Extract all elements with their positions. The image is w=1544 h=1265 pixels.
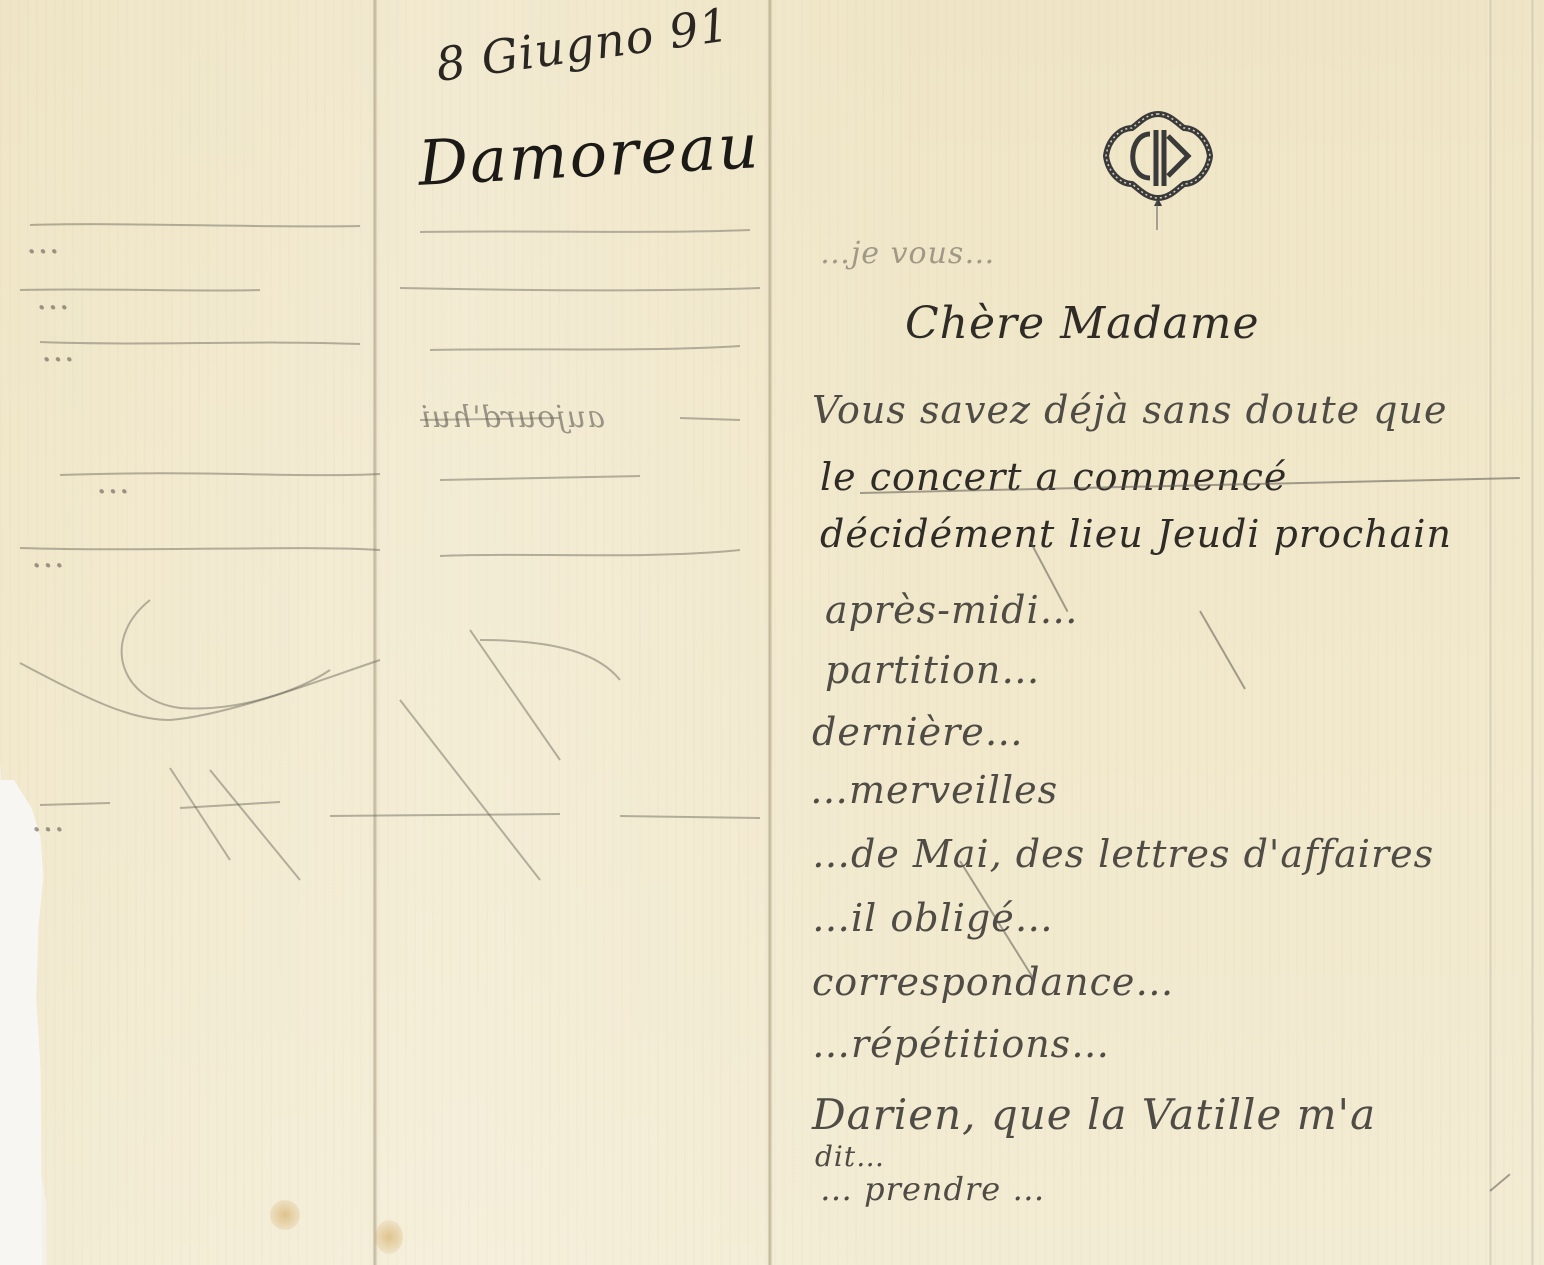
foxing-stain — [270, 1200, 300, 1230]
letter-line: …répétitions… — [812, 1022, 1110, 1066]
letter-line: décidément lieu Jeudi prochain — [820, 512, 1452, 556]
fold-line — [1530, 0, 1535, 1265]
letter-line: dernière… — [812, 710, 1024, 754]
salutation: Chère Madame — [905, 298, 1260, 349]
letter-line: …il obligé… — [812, 896, 1054, 940]
foxing-stain — [375, 1220, 403, 1254]
letter-line: Vous savez déjà sans doute que — [812, 388, 1447, 432]
monogram-stem — [1156, 200, 1158, 230]
fold-line — [767, 0, 773, 1265]
letter-line: après-midi… — [825, 588, 1079, 632]
fold-line — [372, 0, 378, 1265]
bleed-through-line: aujourd'hui — [420, 400, 605, 435]
letter-line: … prendre … — [820, 1170, 1045, 1208]
letter-line: partition… — [825, 648, 1040, 692]
bleed-through-line: … — [30, 800, 65, 840]
letterhead-monogram-icon — [1098, 106, 1218, 206]
bleed-through-line: … — [95, 462, 130, 502]
bleed-through-line: … — [40, 330, 75, 370]
letter-line: Darien, que la Vatille m'a — [812, 1090, 1376, 1139]
bleed-through-line: … — [30, 536, 65, 576]
bleed-through-line: … — [35, 278, 70, 318]
bleed-through-line: … — [25, 222, 60, 262]
letter-line: correspondance… — [812, 960, 1174, 1004]
letter-line: dit… — [815, 1140, 885, 1173]
faint-line: …je vous… — [820, 236, 995, 271]
fold-line — [1488, 0, 1493, 1265]
letter-line: …de Mai, des lettres d'affaires — [812, 832, 1434, 876]
letter-line: …merveilles — [810, 768, 1058, 812]
